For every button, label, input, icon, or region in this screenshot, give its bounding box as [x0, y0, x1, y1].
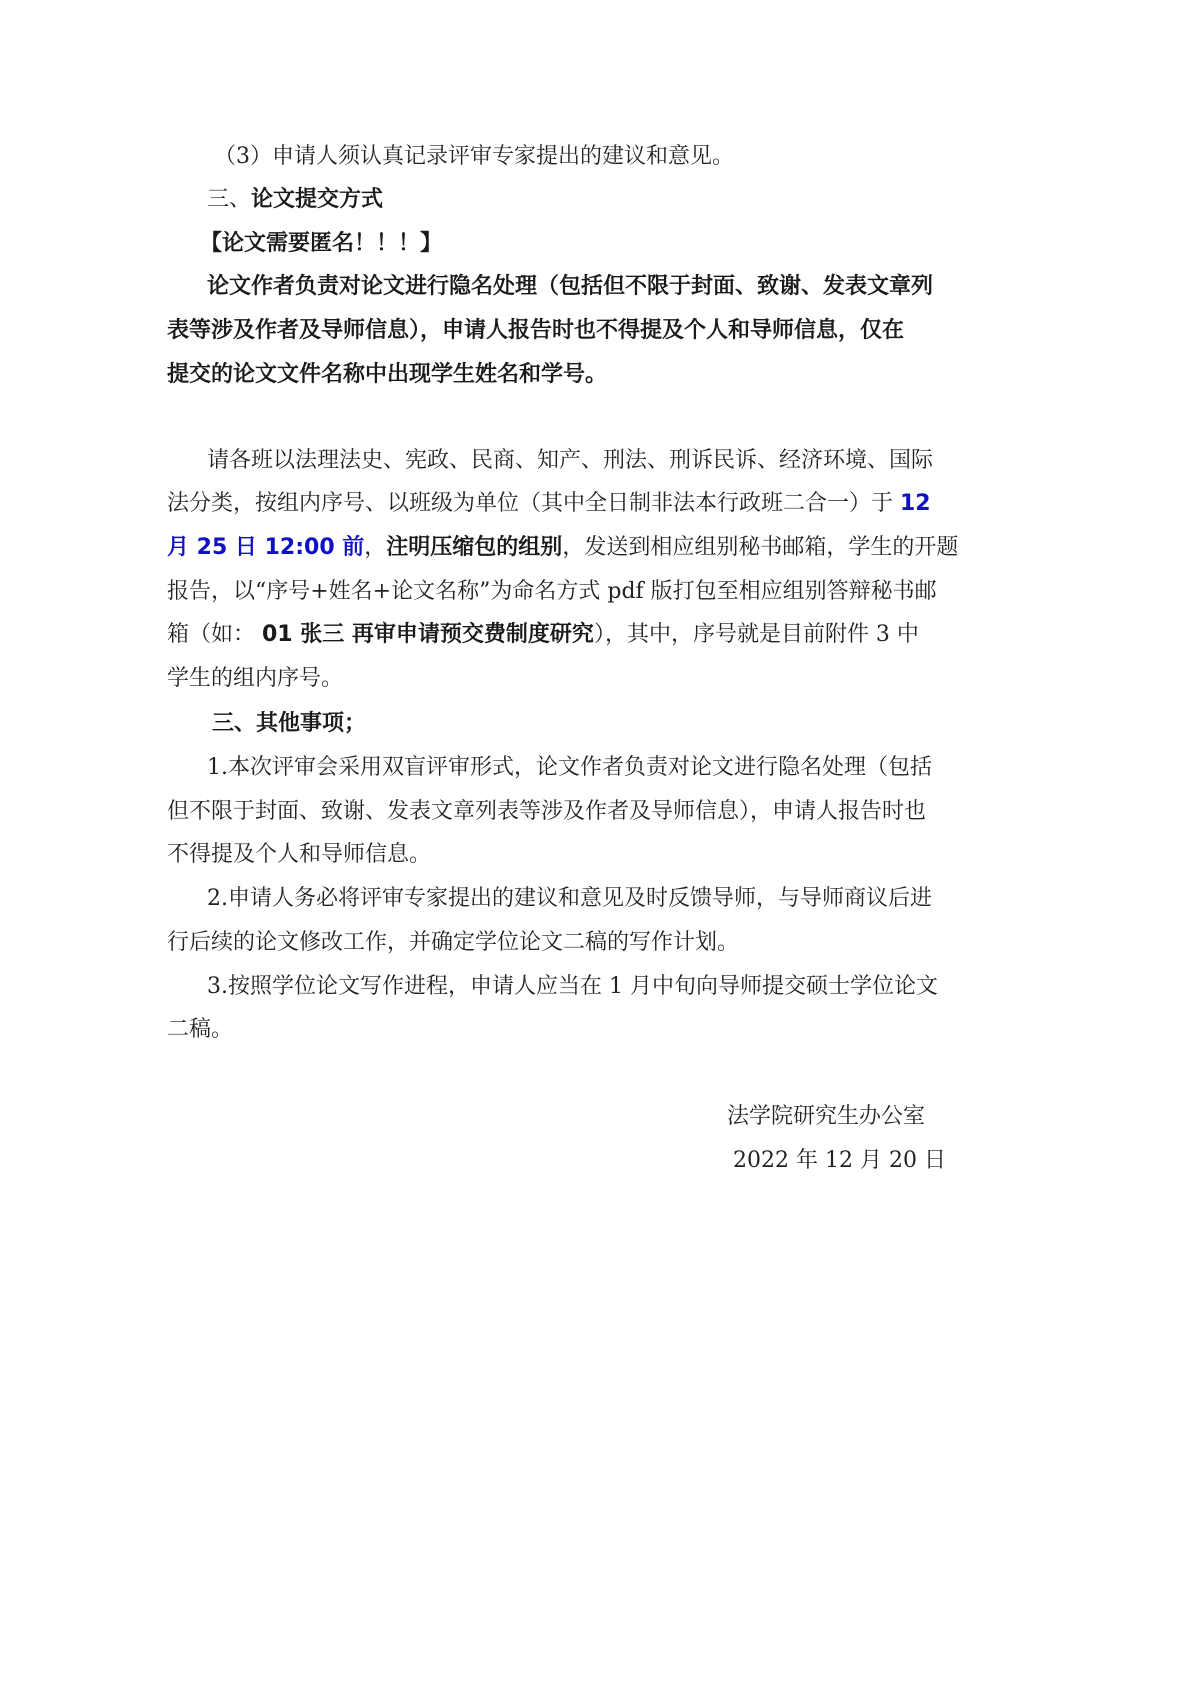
anonymity-line-1: 论文作者负责对论文进行隐名处理（包括但不限于封面、致谢、发表文章列 [207, 272, 933, 302]
signature-date: 2022 年 12 月 20 日 [733, 1146, 946, 1176]
instructions-line-2: 法分类，按组内序号、以班级为单位（其中全日制非法本行政班二合一）于 12 [167, 489, 931, 519]
other-item-2-line-1: 2.申请人务必将评审专家提出的建议和意见及时反馈导师，与导师商议后进 [207, 884, 932, 914]
anonymity-line-2: 表等涉及作者及导师信息），申请人报告时也不得提及个人和导师信息，仅在 [167, 316, 904, 346]
signature-office: 法学院研究生办公室 [727, 1102, 925, 1132]
label-archive-group: 注明压缩包的组别 [386, 535, 562, 560]
instructions-line-4: 报告，以“序号+姓名+论文名称”为命名方式 pdf 版打包至相应组别答辩秘书邮 [167, 577, 937, 607]
deadline-part-2: 月 25 日 12:00 前 [167, 535, 364, 560]
other-item-2-line-2: 行后续的论文修改工作，并确定学位论文二稿的写作计划。 [167, 928, 739, 958]
heading-prefix: 三、 [207, 187, 251, 212]
instructions-line-1: 请各班以法理法史、宪政、民商、知产、刑法、刑诉民诉、经济环境、国际 [207, 446, 933, 476]
instructions-line-5-rest: ），其中，序号就是目前附件 3 中 [594, 622, 919, 647]
instructions-line-3-rest: ，发送到相应组别秘书邮箱，学生的开题 [562, 535, 958, 560]
instructions-line-3: 月 25 日 12:00 前，注明压缩包的组别，发送到相应组别秘书邮箱，学生的开… [167, 533, 958, 563]
other-item-3-line-2: 二稿。 [167, 1015, 233, 1045]
deadline-part-1: 12 [900, 491, 931, 516]
example-prefix: 箱（如： [167, 622, 262, 647]
separator: ， [364, 535, 386, 560]
instructions-line-6: 学生的组内序号。 [167, 664, 343, 694]
section-submission-heading: 三、论文提交方式 [207, 185, 383, 215]
filename-example: 01 张三 再审申请预交费制度研究 [262, 622, 594, 647]
anonymous-notice: 【论文需要匿名！！！】 [200, 229, 442, 259]
document-page: （3）申请人须认真记录评审专家提出的建议和意见。 三、论文提交方式 【论文需要匿… [0, 0, 1199, 1696]
section-other-heading: 三、其他事项； [212, 709, 366, 739]
instructions-line-5: 箱（如： 01 张三 再审申请预交费制度研究），其中，序号就是目前附件 3 中 [167, 620, 919, 650]
other-item-3-line-1: 3.按照学位论文写作进程，申请人应当在 1 月中旬向导师提交硕士学位论文 [207, 972, 938, 1002]
other-item-1-line-1: 1.本次评审会采用双盲评审形式，论文作者负责对论文进行隐名处理（包括 [207, 753, 932, 783]
other-item-1-line-2: 但不限于封面、致谢、发表文章列表等涉及作者及导师信息），申请人报告时也 [167, 797, 926, 827]
other-item-1-line-3: 不得提及个人和导师信息。 [167, 840, 431, 870]
instructions-line-2-text: 法分类，按组内序号、以班级为单位（其中全日制非法本行政班二合一）于 [167, 491, 900, 516]
heading-title: 论文提交方式 [251, 187, 383, 212]
anonymity-line-3: 提交的论文文件名称中出现学生姓名和学号。 [167, 360, 607, 390]
item-3-recording-advice: （3）申请人须认真记录评审专家提出的建议和意见。 [214, 142, 734, 172]
